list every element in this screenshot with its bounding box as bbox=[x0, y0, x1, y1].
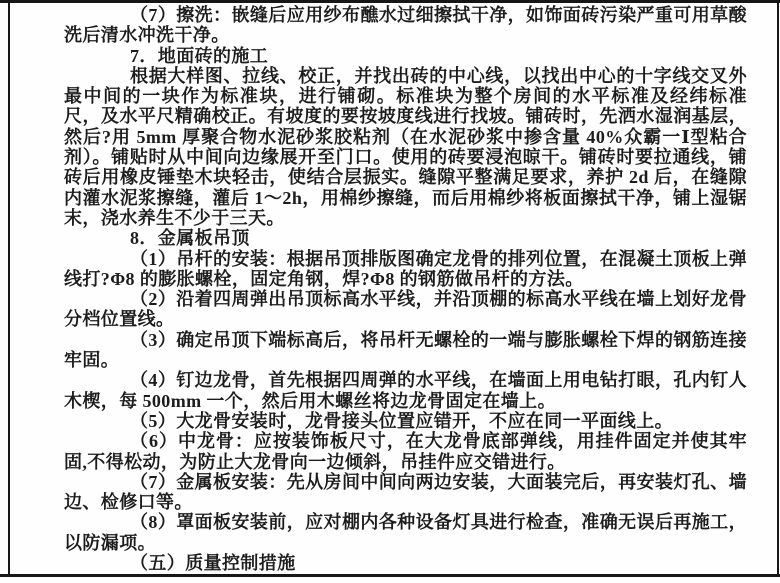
paragraph-main-keel-install: （5）大龙骨安装时，龙骨接头位置应错开，不应在同一平面线上。 bbox=[64, 411, 747, 431]
heading-floor-tile-construction: 7．地面砖的施工 bbox=[64, 46, 747, 66]
heading-quality-control-measures: （五）质量控制措施 bbox=[64, 553, 747, 573]
paragraph-cover-panel-check: （8）罩面板安装前，应对棚内各种设备灯具进行检查，准确无误后再施工，以防漏项。 bbox=[64, 512, 747, 553]
paragraph-metal-panel-install: （7）金属板安装：先从房间中间向两边安装，大面装完后，再安装灯孔、墙边、检修口等… bbox=[64, 472, 747, 513]
document-body: （7）擦洗：嵌缝后应用纱布醮水过细擦拭干净，如饰面砖污染严重可用草酸洗后清水冲洗… bbox=[64, 5, 747, 573]
paragraph-wiping-step-7: （7）擦洗：嵌缝后应用纱布醮水过细擦拭干净，如饰面砖污染严重可用草酸洗后清水冲洗… bbox=[64, 5, 747, 46]
page-frame-left-rule bbox=[8, 0, 10, 577]
document-page: （7）擦洗：嵌缝后应用纱布醮水过细擦拭干净，如饰面砖污染严重可用草酸洗后清水冲洗… bbox=[0, 0, 780, 583]
page-frame-bottom-rule bbox=[0, 574, 780, 577]
paragraph-level-line-marking: （2）沿着四周弹出吊顶标高水平线，并沿顶棚的标高水平线在墙上划好龙骨分档位置线。 bbox=[64, 289, 747, 330]
paragraph-hanger-rod-fixing: （3）确定吊顶下端标高后，将吊杆无螺栓的一端与膨胀螺栓下焊的钢筋连接牢固。 bbox=[64, 330, 747, 371]
page-frame-right-rule bbox=[777, 0, 779, 577]
paragraph-middle-keel: （6）中龙骨：应按装饰板尺寸，在大龙骨底部弹线，用挂件固定并使其牢固,不得松动，… bbox=[64, 431, 747, 472]
paragraph-hanger-rod-install: （1）吊杆的安装：根据吊顶排版图确定龙骨的排列位置，在混凝土顶板上弹线打?Φ8 … bbox=[64, 249, 747, 290]
paragraph-floor-tile-procedure: 根据大样图、拉线、校正，并找出砖的中心线，以找出中心的十字线交叉外最中间的一块作… bbox=[64, 66, 747, 228]
heading-metal-panel-ceiling: 8．金属板吊顶 bbox=[64, 228, 747, 248]
page-frame-top-rule bbox=[0, 0, 780, 3]
paragraph-edge-keel-nailing: （4）钉边龙骨，首先根据四周弹的水平线，在墙面上用电钻打眼，孔内钉人木楔，每 5… bbox=[64, 370, 747, 411]
